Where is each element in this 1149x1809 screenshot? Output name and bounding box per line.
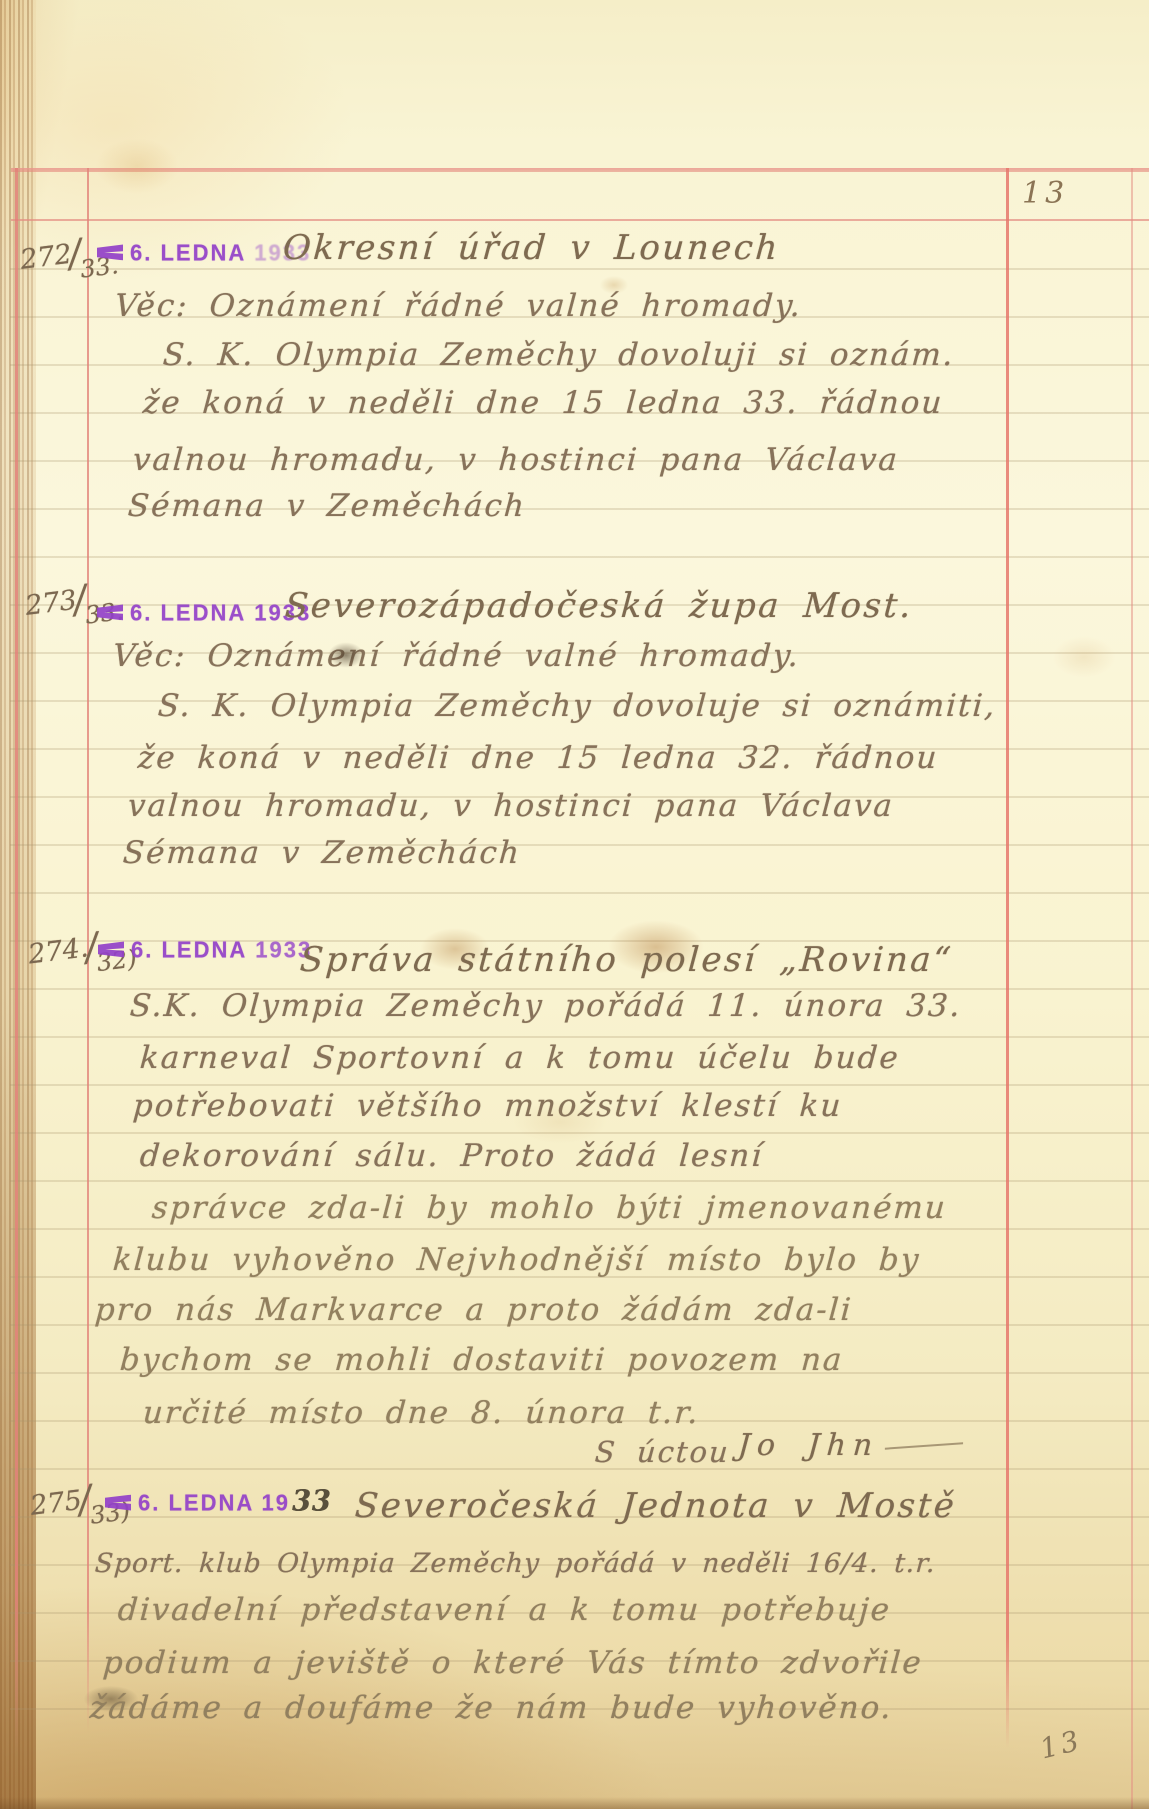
stamp-flag-icon [105,1495,131,1511]
handwritten-line: klubu vyhověno Nejvhodnější místo bylo b… [112,1242,922,1278]
entry-number-top: 273 [24,585,79,622]
stamp-date: 6. LEDNA [130,239,246,266]
stamp-flag-icon [97,245,123,261]
paper-stain [95,138,179,194]
scanned-ledger-page: 13 272/33. 6. LEDNA1933 Okresní úřad v L… [0,0,1149,1809]
handwritten-line: žádáme a doufáme že nám bude vyhověno. [89,1690,894,1726]
handwritten-line: S.K. Olympia Zeměchy pořádá 11. února 33… [129,988,963,1024]
stamp-date: 6. LEDNA [131,936,247,963]
handwritten-line: podium a jeviště o které Vás tímto zdvoř… [102,1645,924,1681]
page-number: 13 [1022,176,1068,211]
closing-phrase: S úctou [594,1435,731,1469]
entry-heading: Okresní úřad v Lounech [282,228,782,268]
handwritten-line: valnou hromadu, v hostinci pana Václava [132,442,901,478]
stamp-date: 6. LEDNA 19 [138,1489,290,1516]
handwritten-line: určité místo dne 8. února t.r. [142,1395,701,1431]
handwritten-line: S. K. Olympia Zeměchy dovoluje si oznámi… [157,688,998,724]
date-stamp: 6. LEDNA1933 [97,599,311,627]
date-stamp: 6. LEDNA 1933 [105,1485,332,1518]
ledger-horizontal-line-top [11,168,1149,172]
handwritten-line: bychom se mohli dostaviti povozem na [119,1342,845,1378]
entry-heading: Správa státního polesí „Rovina“ [299,940,955,980]
entry-number-top: 272 [19,239,74,276]
entry-number-top: 275 [29,1485,84,1522]
handwritten-line: dekorování sálu. Proto žádá lesní [139,1138,765,1174]
handwritten-line: valnou hromadu, v hostinci pana Václava [127,788,896,824]
handwritten-line: karneval Sportovní a k tomu účelu bude [139,1040,901,1076]
signature: Jo Jhn [737,1428,965,1463]
handwritten-line: Sport. klub Olympia Zeměchy pořádá v ned… [94,1548,937,1579]
stamp-flag-icon [97,605,123,621]
handwritten-line: Sémana v Zeměchách [127,488,527,524]
handwritten-line: divadelní představení a k tomu potřebuje [117,1592,893,1628]
stamp-date: 6. LEDNA [130,599,246,626]
entry-number-top: 274. [27,932,90,970]
handwritten-line: že koná v neděli dne 15 ledna 33. řádnou [142,385,945,421]
handwritten-line: S. K. Olympia Zeměchy dovoluji si oznám. [162,337,956,373]
handwritten-line: Věc: Oznámení řádné valné hromady. [114,288,804,324]
stamp-flag-icon [98,942,124,958]
handwritten-line: Věc: Oznámení řádné valné hromady. [112,638,802,674]
date-stamp: 6. LEDNA1933 [98,936,312,964]
entry-heading: Severočeská Jednota v Mostě [354,1486,958,1526]
ledger-horizontal-line-second [11,219,1149,221]
handwritten-line: Sémana v Zeměchách [122,835,522,871]
stamp-year: 33 [292,1485,332,1518]
page-bottom-shadow [0,1797,1149,1809]
handwritten-line: správce zda-li by mohlo býti jmenovanému [151,1190,948,1226]
handwritten-line: že koná v neděli dne 15 ledna 32. řádnou [137,740,940,776]
handwritten-line: pro nás Markvarce a proto žádám zda-li [94,1292,854,1328]
entry-heading: Severozápadočeská župa Most. [284,586,915,626]
date-stamp: 6. LEDNA1933 [97,239,311,267]
handwritten-line: potřebovati většího množství klestí ku [132,1088,844,1124]
